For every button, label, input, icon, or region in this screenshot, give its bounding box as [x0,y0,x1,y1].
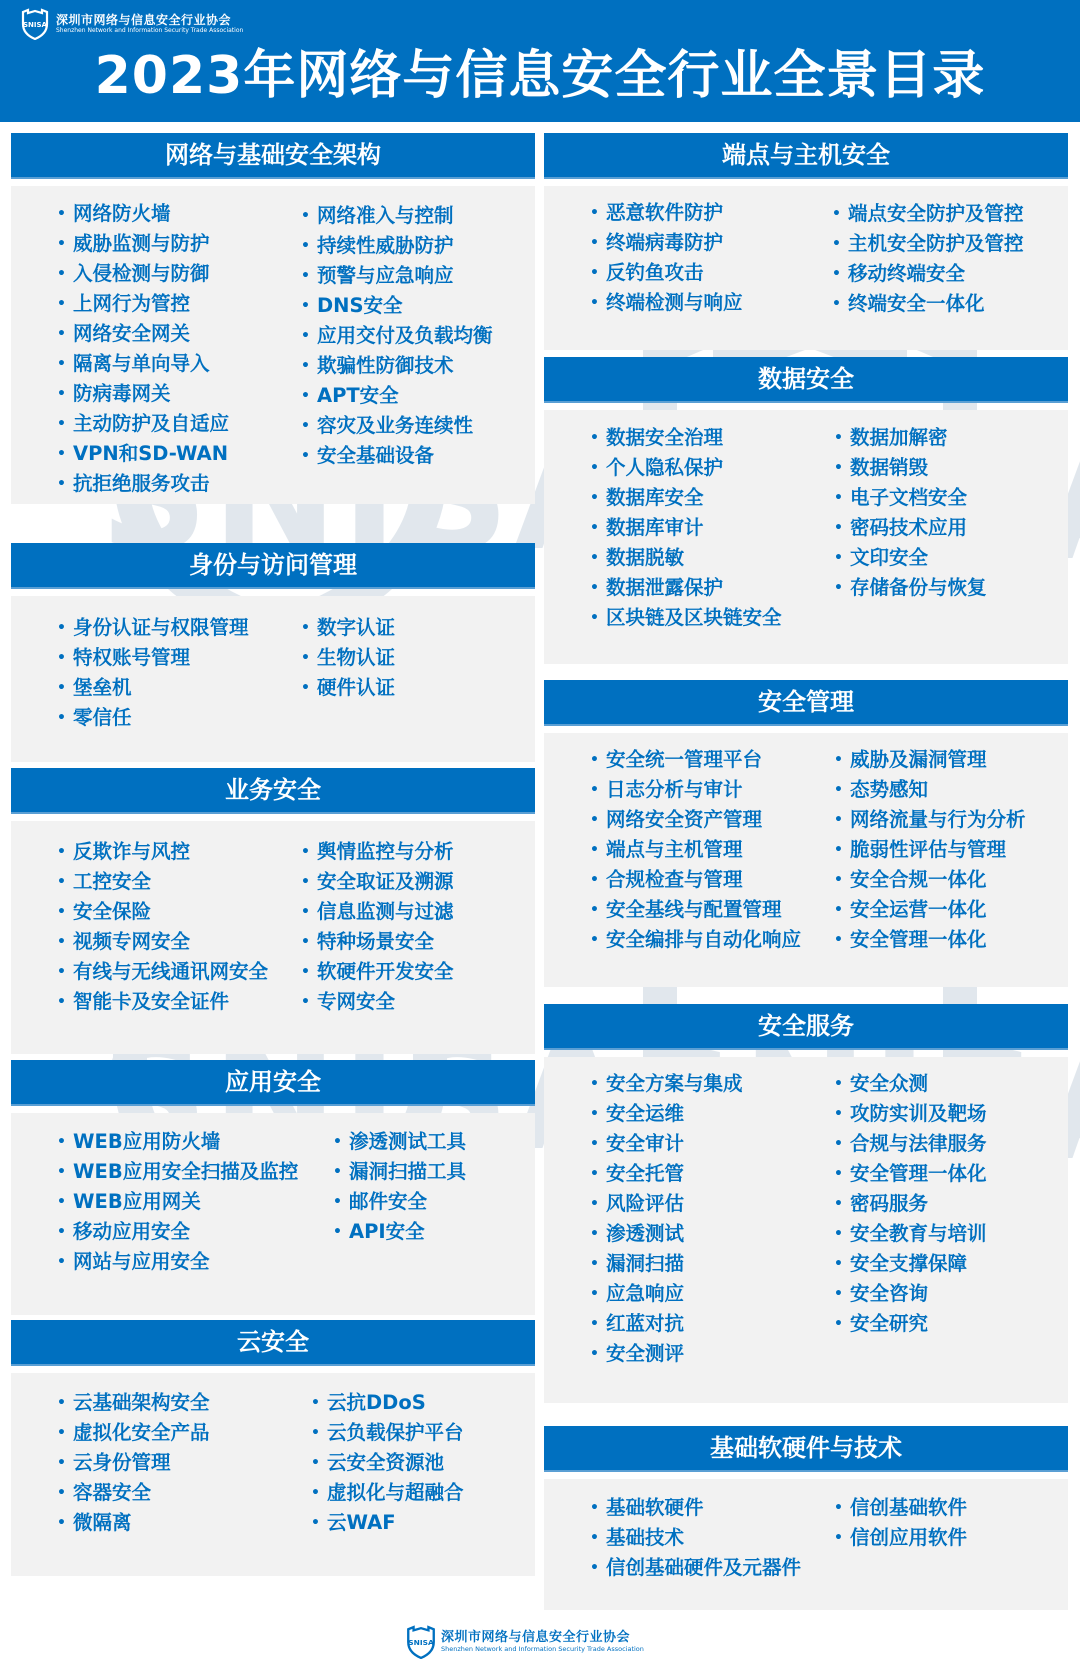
section-endpoint-host: 端点与主机安全 恶意软件防护 终端病毒防护 反钓鱼攻击 终端检测与响应 端点安全… [544,133,1068,350]
list-item: 安全研究 [834,1309,928,1339]
list-item: 脆弱性评估与管理 [834,835,1006,865]
section-network-infrastructure: 网络与基础安全架构 网络防火墙 威胁监测与防护 入侵检测与防御 上网行为管控 网… [11,133,535,504]
section-body: 反欺诈与风控 工控安全 安全保险 视频专网安全 有线与无线通讯网安全 智能卡及安… [11,821,535,1054]
list-item: 网站与应用安全 [57,1247,210,1277]
list-item: 红蓝对抗 [590,1309,684,1339]
list-item: 软硬件开发安全 [301,957,454,987]
list-item: 信创应用软件 [834,1523,967,1553]
section-data-security: 数据安全 数据安全治理 个人隐私保护 数据库安全 数据库审计 数据脱敏 数据泄露… [544,357,1068,664]
list-item: 安全运营一体化 [834,895,987,925]
section-body: 数据安全治理 个人隐私保护 数据库安全 数据库审计 数据脱敏 数据泄露保护 区块… [544,410,1068,664]
list-item: 云负载保护平台 [311,1418,464,1448]
section-identity-access: 身份与访问管理 身份认证与权限管理 特权账号管理 堡垒机 零信任 数字认证 生物… [11,543,535,762]
section-title: 安全管理 [544,680,1068,726]
section-title: 云安全 [11,1320,535,1366]
list-item: 持续性威胁防护 [301,231,454,261]
list-item: 合规检查与管理 [590,865,743,895]
shield-logo-icon: SNISA [405,1625,437,1659]
list-item: 容器安全 [57,1478,151,1508]
section-title: 数据安全 [544,357,1068,403]
svg-text:SNISA: SNISA [408,1638,434,1647]
section-basic-hardware-software: 基础软硬件与技术 基础软硬件 基础技术 信创基础硬件及元器件 信创基础软件 信创… [544,1426,1068,1610]
footer-org-logo: SNISA 深圳市网络与信息安全行业协会 Shenzhen Network an… [405,1625,644,1659]
list-item: 数据加解密 [834,423,948,453]
list-item: 智能卡及安全证件 [57,987,229,1017]
list-item: 网络准入与控制 [301,201,454,231]
list-item: 安全管理一体化 [834,1159,987,1189]
list-item: 数据脱敏 [590,543,684,573]
shield-logo-icon: SNISA [20,8,50,40]
list-item: 数据库审计 [590,513,704,543]
list-item: 漏洞扫描工具 [333,1157,466,1187]
list-item: API安全 [333,1217,425,1247]
list-item: 终端检测与响应 [590,288,743,318]
list-item: 日志分析与审计 [590,775,743,805]
list-item: 存储备份与恢复 [834,573,987,603]
list-item: 渗透测试 [590,1219,684,1249]
list-item: 抗拒绝服务攻击 [57,469,210,499]
section-title: 业务安全 [11,768,535,814]
list-item: 容灾及业务连续性 [301,411,473,441]
list-item: 邮件安全 [333,1187,427,1217]
list-item: 信创基础软件 [834,1493,967,1523]
section-body: 安全统一管理平台 日志分析与审计 网络安全资产管理 端点与主机管理 合规检查与管… [544,733,1068,987]
org-name-en: Shenzhen Network and Information Securit… [56,28,243,34]
list-item: 生物认证 [301,643,395,673]
list-item: 特种场景安全 [301,927,434,957]
list-item: 密码服务 [834,1189,928,1219]
list-item: 安全支撑保障 [834,1249,967,1279]
list-item: 渗透测试工具 [333,1127,466,1157]
list-item: 密码技术应用 [834,513,967,543]
list-item: 网络安全网关 [57,319,190,349]
list-item: VPN和SD-WAN [57,439,228,469]
list-item: 特权账号管理 [57,643,190,673]
list-item: 威胁监测与防护 [57,229,210,259]
list-item: 安全管理一体化 [834,925,987,955]
section-body: 恶意软件防护 终端病毒防护 反钓鱼攻击 终端检测与响应 端点安全防护及管控 主机… [544,186,1068,350]
list-item: WEB应用安全扫描及监控 [57,1157,298,1187]
list-item: 安全测评 [590,1339,684,1369]
list-item: 端点安全防护及管控 [832,199,1024,229]
list-item: 安全教育与培训 [834,1219,987,1249]
section-business-security: 业务安全 反欺诈与风控 工控安全 安全保险 视频专网安全 有线与无线通讯网安全 … [11,768,535,1054]
list-item: 反钓鱼攻击 [590,258,704,288]
list-item: 个人隐私保护 [590,453,723,483]
list-item: 终端病毒防护 [590,228,723,258]
list-item: 态势感知 [834,775,928,805]
list-item: 区块链及区块链安全 [590,603,782,633]
list-item: 基础技术 [590,1523,684,1553]
list-item: 攻防实训及靶场 [834,1099,987,1129]
section-cloud-security: 云安全 云基础架构安全 虚拟化安全产品 云身份管理 容器安全 微隔离 云抗DDo… [11,1320,535,1576]
list-item: 基础软硬件 [590,1493,704,1523]
list-item: 安全基线与配置管理 [590,895,782,925]
list-item: 数据销毁 [834,453,928,483]
header-banner: SNISA 深圳市网络与信息安全行业协会 Shenzhen Network an… [0,0,1080,122]
list-item: 安全咨询 [834,1279,928,1309]
section-body: WEB应用防火墙 WEB应用安全扫描及监控 WEB应用网关 移动应用安全 网站与… [11,1113,535,1315]
list-item: 终端安全一体化 [832,289,985,319]
list-item: 数字认证 [301,613,395,643]
list-item: 安全运维 [590,1099,684,1129]
list-item: 合规与法律服务 [834,1129,987,1159]
list-item: 网络防火墙 [57,199,171,229]
list-item: 虚拟化与超融合 [311,1478,464,1508]
list-item: 恶意软件防护 [590,198,723,228]
list-item: 信创基础硬件及元器件 [590,1553,801,1583]
section-body: 云基础架构安全 虚拟化安全产品 云身份管理 容器安全 微隔离 云抗DDoS 云负… [11,1373,535,1576]
list-item: 工控安全 [57,867,151,897]
list-item: 安全托管 [590,1159,684,1189]
section-body: 基础软硬件 基础技术 信创基础硬件及元器件 信创基础软件 信创应用软件 [544,1479,1068,1610]
list-item: 端点与主机管理 [590,835,743,865]
list-item: 硬件认证 [301,673,395,703]
list-item: 零信任 [57,703,132,733]
section-title: 安全服务 [544,1004,1068,1050]
list-item: 信息监测与过滤 [301,897,454,927]
list-item: WEB应用网关 [57,1187,201,1217]
list-item: 安全审计 [590,1129,684,1159]
list-item: 专网安全 [301,987,395,1017]
org-name-cn: 深圳市网络与信息安全行业协会 [441,1631,644,1644]
list-item: 安全合规一体化 [834,865,987,895]
list-item: 隔离与单向导入 [57,349,210,379]
list-item: DNS安全 [301,291,403,321]
list-item: 身份认证与权限管理 [57,613,249,643]
list-item: 欺骗性防御技术 [301,351,454,381]
section-title: 身份与访问管理 [11,543,535,589]
list-item: 风险评估 [590,1189,684,1219]
list-item: 视频专网安全 [57,927,190,957]
list-item: 数据安全治理 [590,423,723,453]
list-item: 电子文档安全 [834,483,967,513]
list-item: 安全编排与自动化响应 [590,925,801,955]
list-item: 安全众测 [834,1069,928,1099]
list-item: 移动终端安全 [832,259,965,289]
list-item: 防病毒网关 [57,379,171,409]
list-item: 云WAF [311,1508,396,1538]
section-body: 网络防火墙 威胁监测与防护 入侵检测与防御 上网行为管控 网络安全网关 隔离与单… [11,186,535,504]
section-title: 基础软硬件与技术 [544,1426,1068,1472]
list-item: 云安全资源池 [311,1448,444,1478]
list-item: 云抗DDoS [311,1388,426,1418]
list-item: 微隔离 [57,1508,132,1538]
list-item: 安全基础设备 [301,441,434,471]
list-item: 云身份管理 [57,1448,171,1478]
section-title: 应用安全 [11,1060,535,1106]
section-application-security: 应用安全 WEB应用防火墙 WEB应用安全扫描及监控 WEB应用网关 移动应用安… [11,1060,535,1315]
list-item: 文印安全 [834,543,928,573]
org-logo: SNISA 深圳市网络与信息安全行业协会 Shenzhen Network an… [20,8,243,40]
svg-text:SNISA: SNISA [23,21,48,29]
section-body: 身份认证与权限管理 特权账号管理 堡垒机 零信任 数字认证 生物认证 硬件认证 [11,596,535,762]
section-security-management: 安全管理 安全统一管理平台 日志分析与审计 网络安全资产管理 端点与主机管理 合… [544,680,1068,987]
page-title: 2023年网络与信息安全行业全景目录 [0,40,1080,112]
list-item: 漏洞扫描 [590,1249,684,1279]
list-item: WEB应用防火墙 [57,1127,220,1157]
list-item: 安全统一管理平台 [590,745,762,775]
list-item: 主动防护及自适应 [57,409,229,439]
list-item: 安全取证及溯源 [301,867,454,897]
list-item: 堡垒机 [57,673,132,703]
section-title: 网络与基础安全架构 [11,133,535,179]
list-item: 有线与无线通讯网安全 [57,957,268,987]
list-item: 舆情监控与分析 [301,837,454,867]
list-item: 预警与应急响应 [301,261,454,291]
list-item: 主机安全防护及管控 [832,229,1024,259]
list-item: 数据库安全 [590,483,704,513]
list-item: 网络安全资产管理 [590,805,762,835]
org-name-en: Shenzhen Network and Information Securit… [441,1646,644,1653]
section-security-services: 安全服务 安全方案与集成 安全运维 安全审计 安全托管 风险评估 渗透测试 漏洞… [544,1004,1068,1403]
list-item: APT安全 [301,381,399,411]
list-item: 数据泄露保护 [590,573,723,603]
list-item: 云基础架构安全 [57,1388,210,1418]
list-item: 威胁及漏洞管理 [834,745,987,775]
list-item: 反欺诈与风控 [57,837,190,867]
list-item: 安全方案与集成 [590,1069,743,1099]
list-item: 虚拟化安全产品 [57,1418,210,1448]
list-item: 应急响应 [590,1279,684,1309]
list-item: 网络流量与行为分析 [834,805,1026,835]
section-title: 端点与主机安全 [544,133,1068,179]
list-item: 移动应用安全 [57,1217,190,1247]
list-item: 应用交付及负载均衡 [301,321,493,351]
org-name-cn: 深圳市网络与信息安全行业协会 [56,14,243,26]
list-item: 上网行为管控 [57,289,190,319]
section-body: 安全方案与集成 安全运维 安全审计 安全托管 风险评估 渗透测试 漏洞扫描 应急… [544,1057,1068,1403]
list-item: 安全保险 [57,897,151,927]
list-item: 入侵检测与防御 [57,259,210,289]
